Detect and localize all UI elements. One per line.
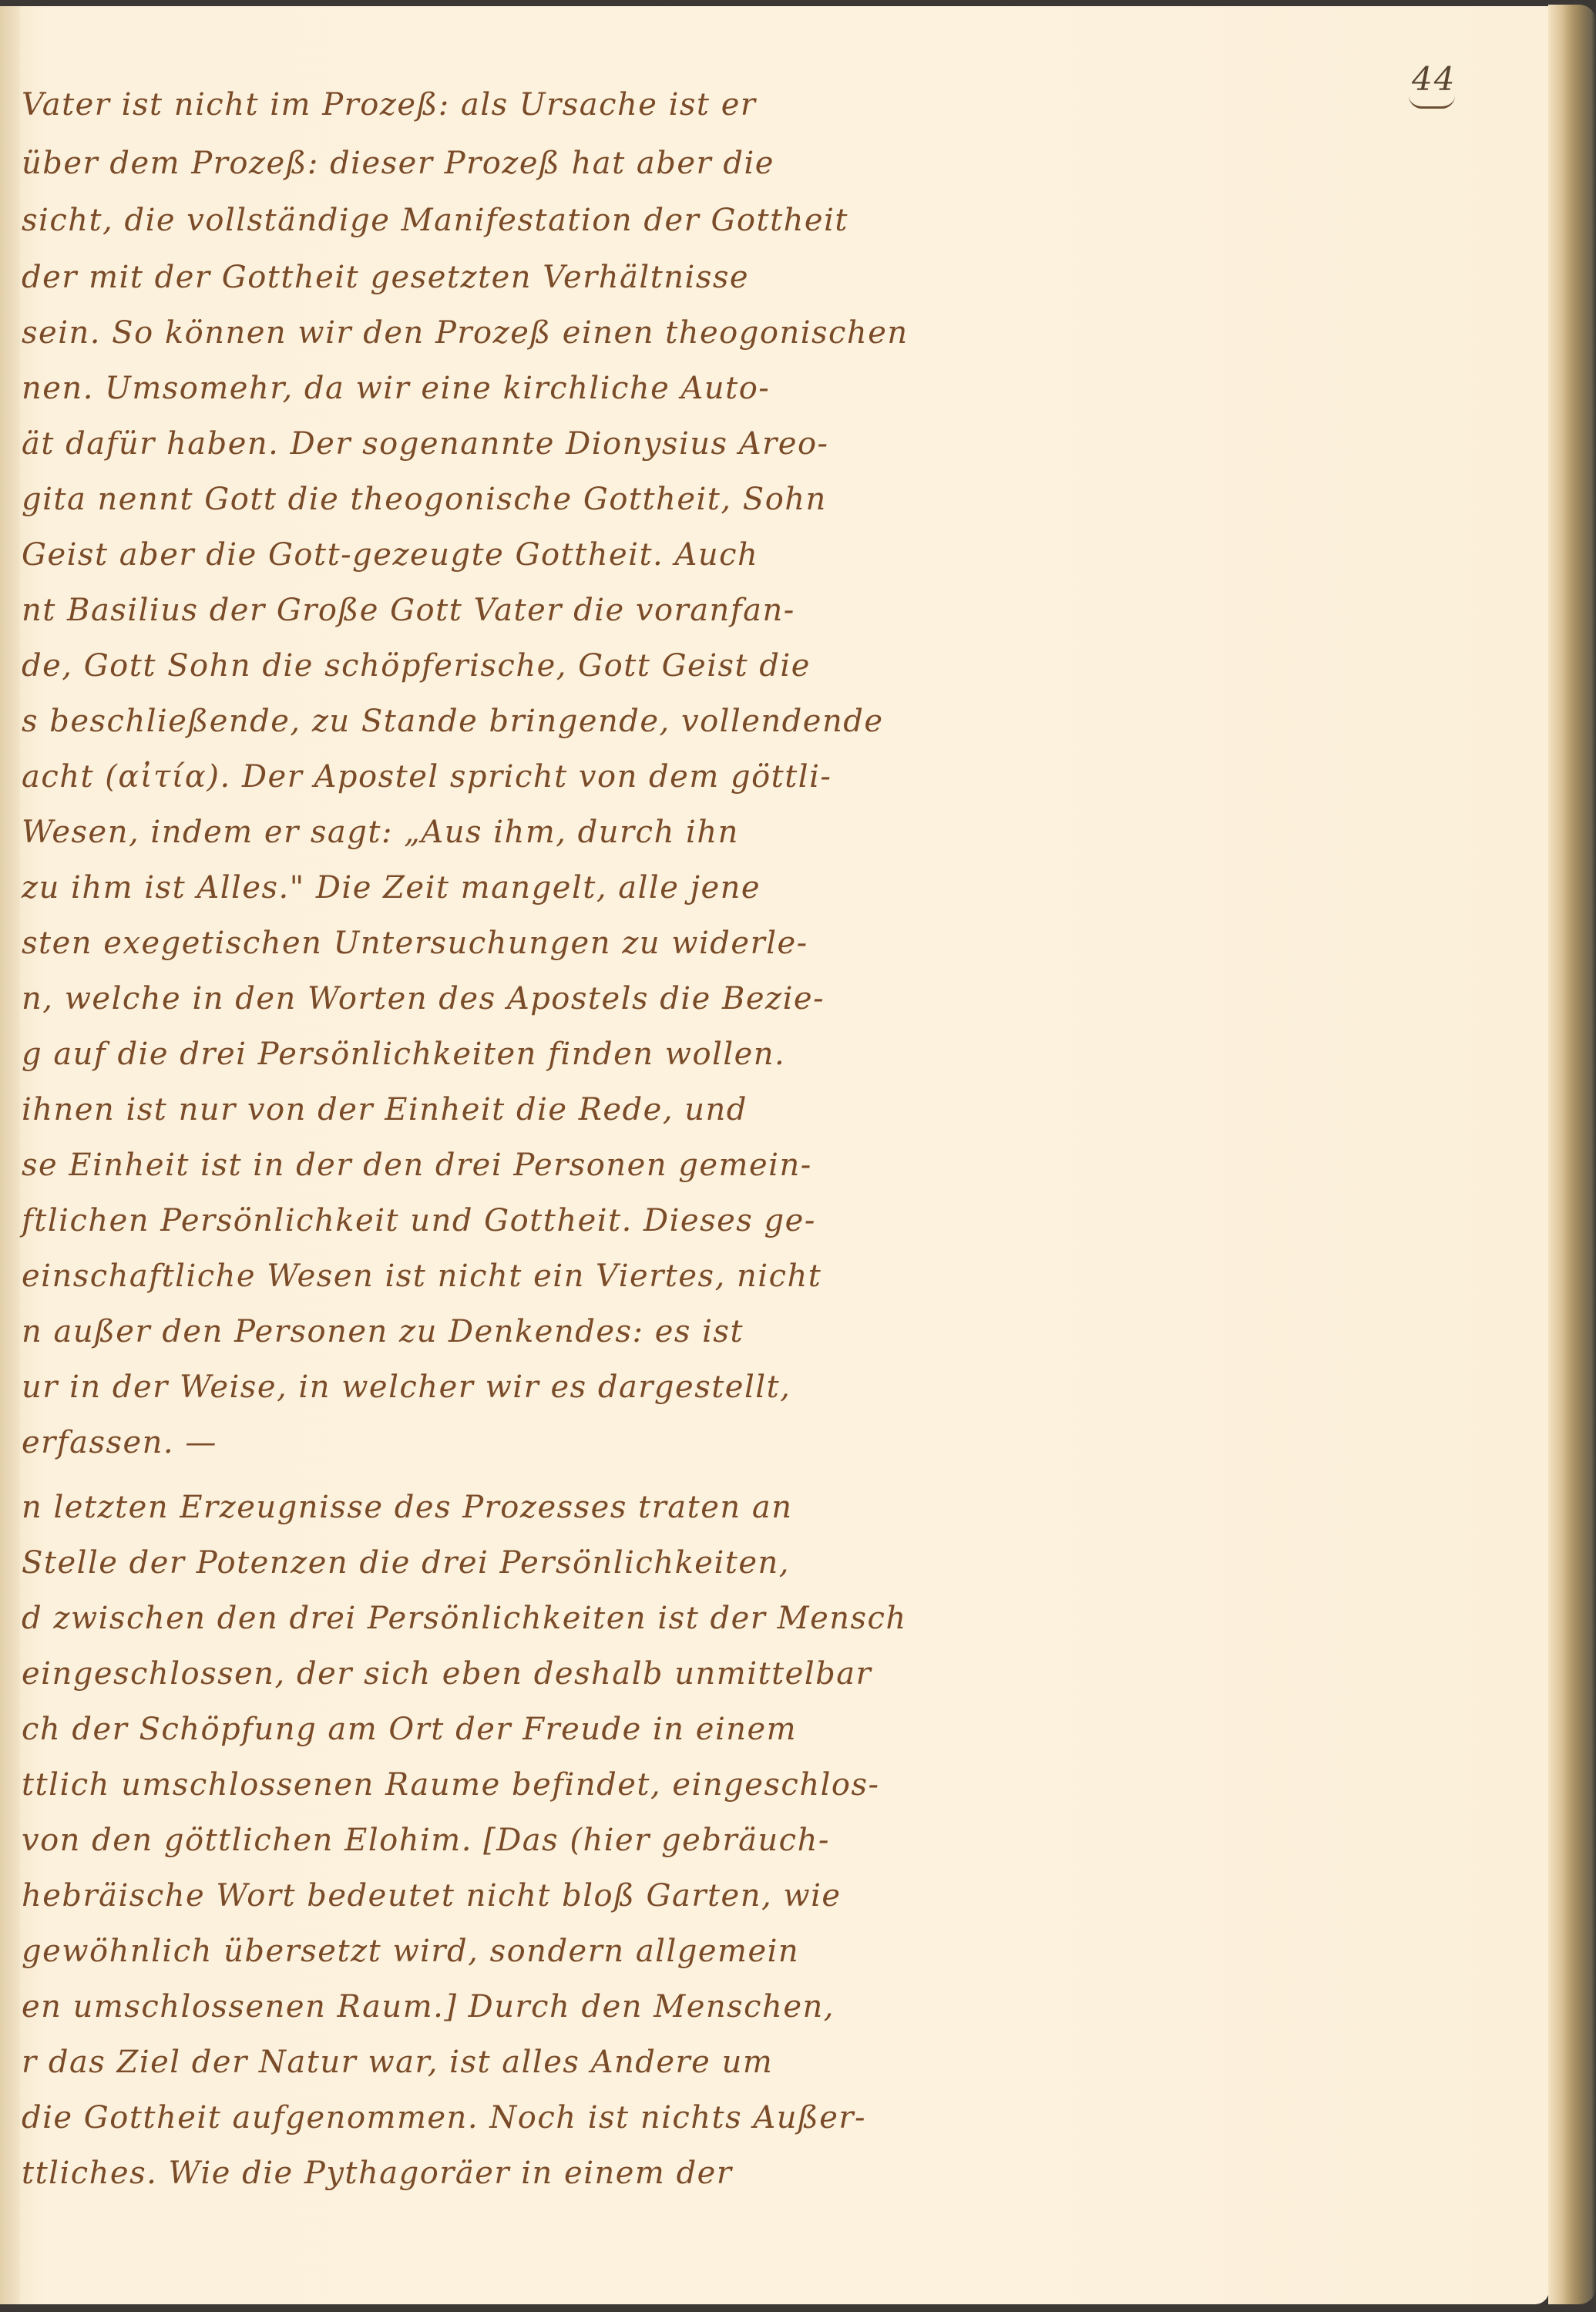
- text-line: hebräische Wort bedeutet nicht bloß Gart…: [22, 1877, 842, 1914]
- text-line: nen. Umsomehr, da wir eine kirchliche Au…: [22, 370, 770, 407]
- text-line: nt Basilius der Große Gott Vater die vor…: [22, 592, 795, 629]
- text-line: zu ihm ist Alles." Die Zeit mangelt, all…: [22, 869, 761, 906]
- text-line: ch der Schöpfung am Ort der Freude in ei…: [22, 1711, 797, 1748]
- text-line: en umschlossenen Raum.] Durch den Mensch…: [22, 1988, 835, 2025]
- text-line: über dem Prozeß: dieser Prozeß hat aber …: [22, 145, 774, 182]
- text-line: Wesen, indem er sagt: „Aus ihm, durch ih…: [22, 814, 739, 851]
- text-line: ur in der Weise, in welcher wir es darge…: [22, 1369, 791, 1406]
- text-line: eingeschlossen, der sich eben deshalb un…: [22, 1655, 872, 1692]
- text-line: de, Gott Sohn die schöpferische, Gott Ge…: [22, 647, 811, 684]
- text-line: d zwischen den drei Persönlichkeiten ist…: [22, 1600, 907, 1637]
- text-line: die Gottheit aufgenommen. Noch ist nicht…: [22, 2099, 866, 2136]
- text-line: n, welche in den Worten des Apostels die…: [22, 980, 825, 1017]
- gutter-shadow: [0, 6, 20, 2304]
- book-page-edge: [1548, 5, 1596, 2304]
- text-line: g auf die drei Persönlichkeiten finden w…: [22, 1036, 785, 1073]
- text-line: n letzten Erzeugnisse des Prozesses trat…: [22, 1489, 792, 1526]
- text-line: Geist aber die Gott-gezeugte Gottheit. A…: [22, 536, 758, 573]
- text-line: ihnen ist nur von der Einheit die Rede, …: [22, 1091, 748, 1128]
- text-line: sein. So können wir den Prozeß einen the…: [22, 314, 909, 351]
- text-line: r das Ziel der Natur war, ist alles Ande…: [22, 2044, 773, 2081]
- text-line: sten exegetischen Untersuchungen zu wide…: [22, 925, 808, 962]
- text-line: gewöhnlich übersetzt wird, sondern allge…: [22, 1933, 799, 1970]
- page-number: 44: [1412, 60, 1456, 98]
- text-line: Stelle der Potenzen die drei Persönlichk…: [22, 1544, 790, 1581]
- text-line: acht (αἰτία). Der Apostel spricht von de…: [22, 758, 832, 795]
- text-line: ttlich umschlossenen Raume befindet, ein…: [22, 1766, 880, 1803]
- text-line: n außer den Personen zu Denkendes: es is…: [22, 1313, 744, 1350]
- text-line: einschaftliche Wesen ist nicht ein Viert…: [22, 1258, 822, 1295]
- text-line: der mit der Gottheit gesetzten Verhältni…: [22, 259, 749, 296]
- text-line: Vater ist nicht im Prozeß: als Ursache i…: [22, 86, 757, 123]
- text-line: ttliches. Wie die Pythagoräer in einem d…: [22, 2155, 732, 2192]
- text-line: erfassen. —: [22, 1424, 217, 1461]
- text-line: ftlichen Persönlichkeit und Gottheit. Di…: [22, 1202, 816, 1239]
- text-line: se Einheit ist in der den drei Personen …: [22, 1147, 812, 1184]
- text-line: sicht, die vollständige Manifestation de…: [22, 202, 848, 239]
- text-line: gita nennt Gott die theogonische Gotthei…: [22, 481, 827, 518]
- text-line: ät dafür haben. Der sogenannte Dionysius…: [22, 425, 829, 462]
- text-line: s beschließende, zu Stande bringende, vo…: [22, 703, 884, 740]
- text-line: von den göttlichen Elohim. [Das (hier ge…: [22, 1822, 830, 1859]
